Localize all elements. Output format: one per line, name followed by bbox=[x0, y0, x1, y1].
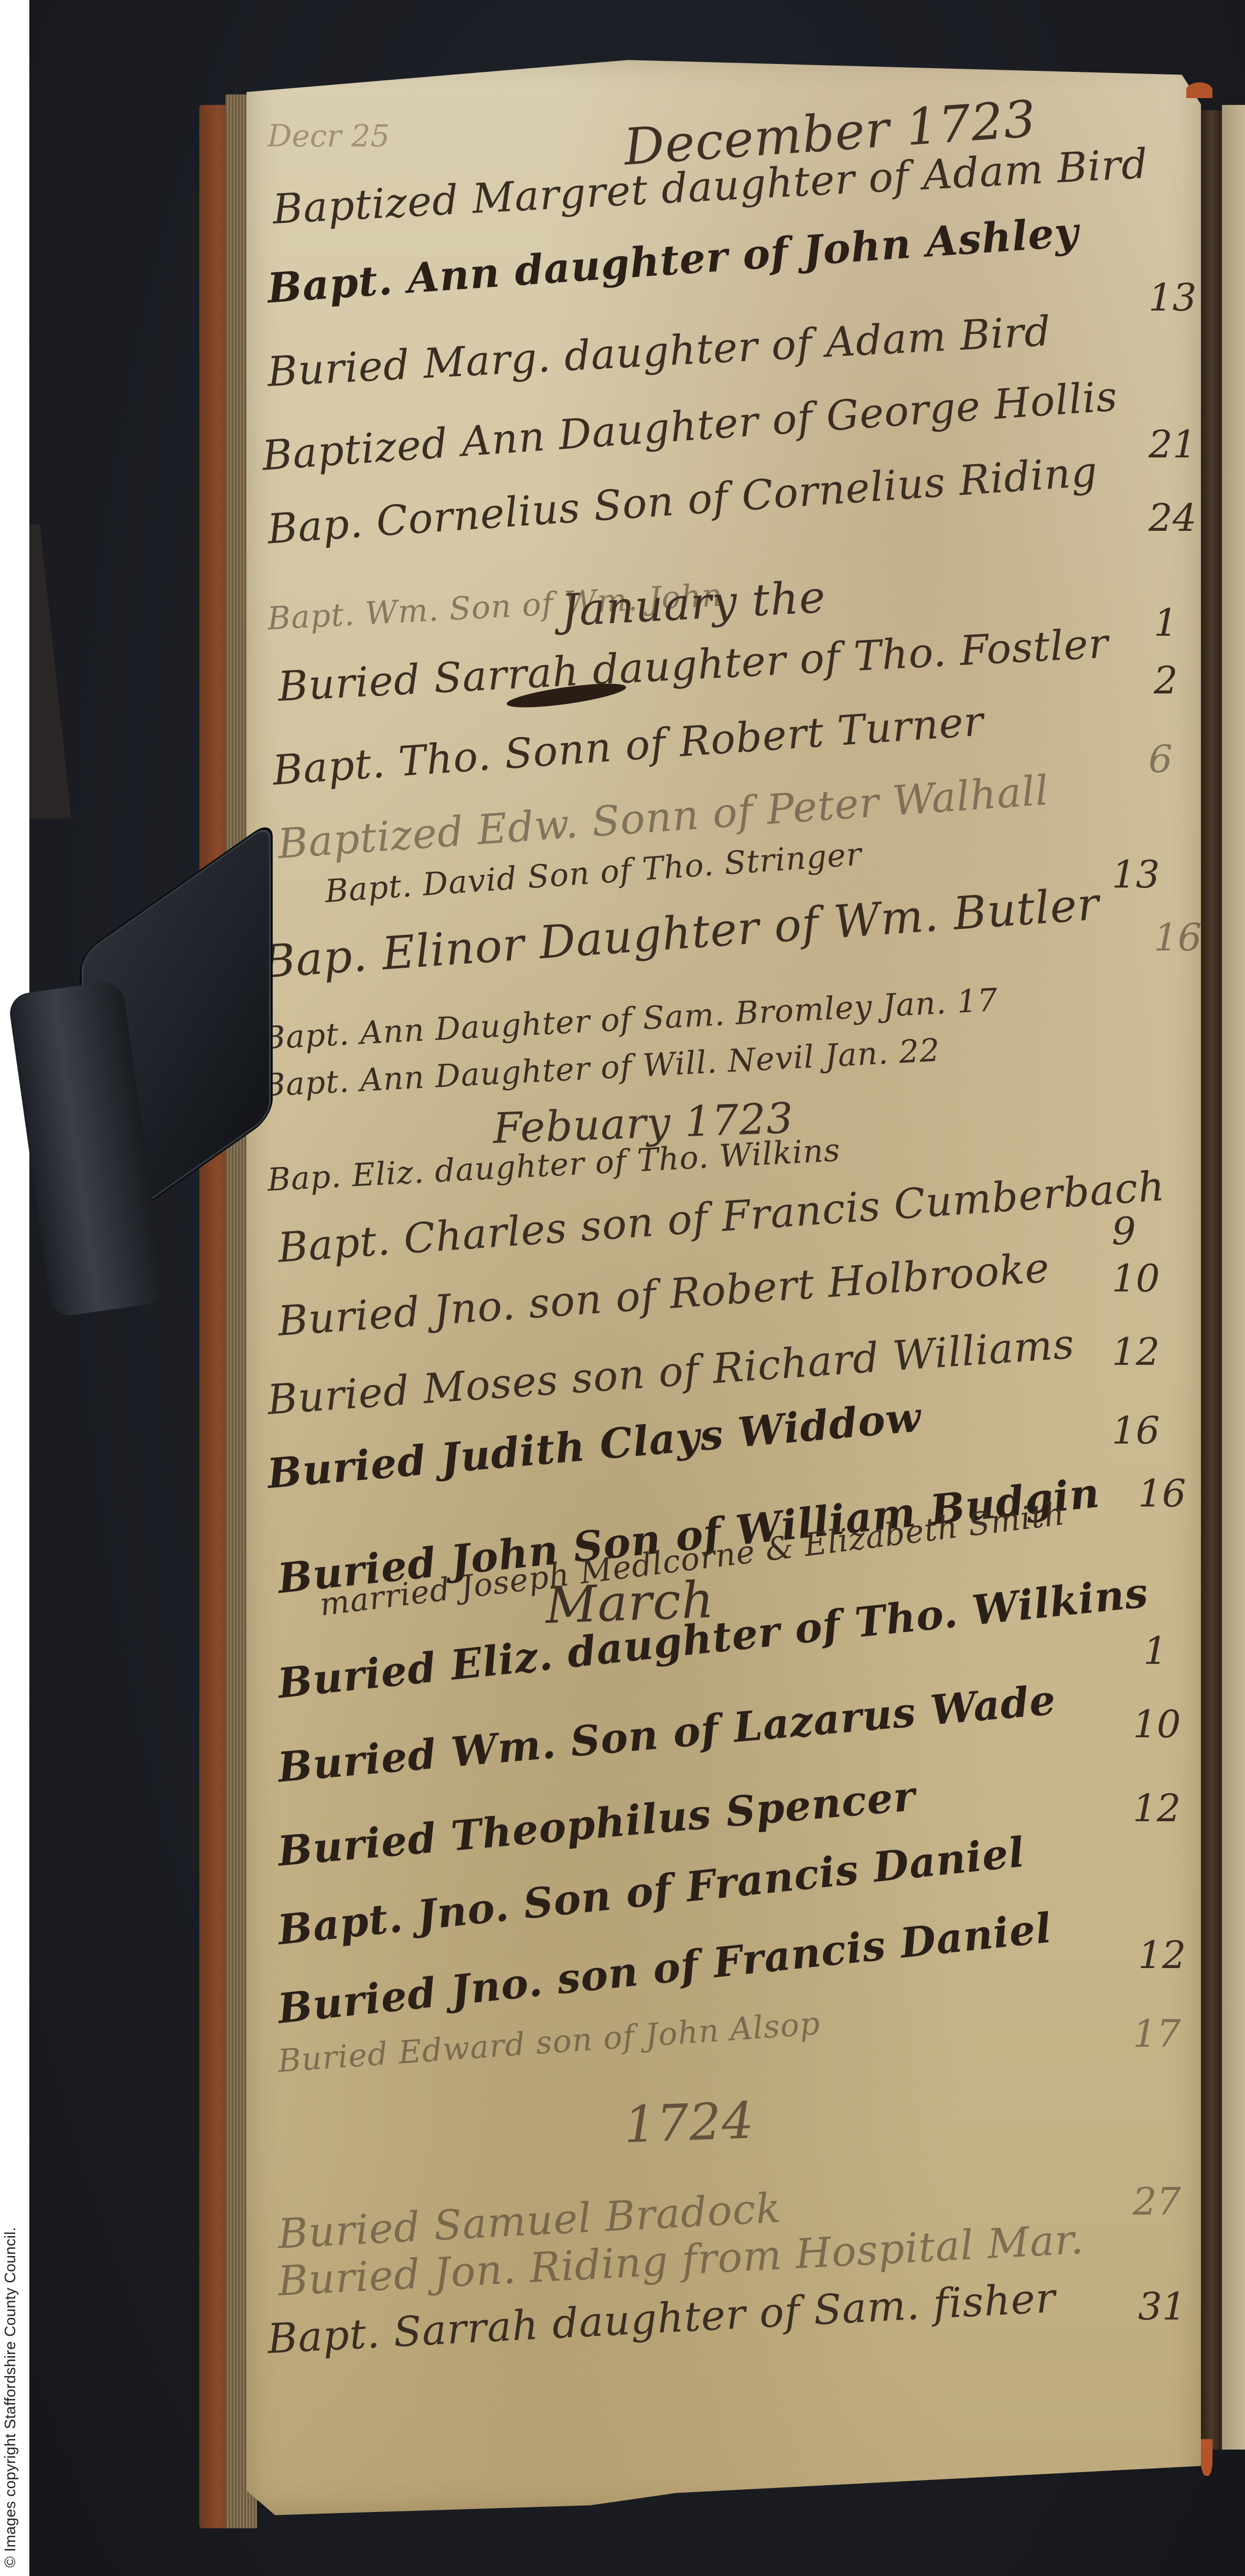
heading-1724: 1724 bbox=[623, 2091, 755, 2154]
register-entries: Decr 25 December 1723 Baptized Margret d… bbox=[246, 55, 1201, 2515]
entry-day: 12 bbox=[1112, 1330, 1160, 1374]
entry-day: 10 bbox=[1112, 1256, 1160, 1300]
entry-day: 24 bbox=[1149, 496, 1197, 540]
entry-day: 1 bbox=[1154, 601, 1178, 645]
entry-day: 6 bbox=[1149, 737, 1173, 781]
corner-note: Decr 25 bbox=[267, 118, 390, 154]
entry-day: 31 bbox=[1138, 2284, 1186, 2328]
entry-day: 16 bbox=[1112, 1408, 1160, 1452]
entry-day: 27 bbox=[1133, 2179, 1181, 2224]
entry-day: 9 bbox=[1112, 1209, 1136, 1253]
copyright-strip bbox=[0, 0, 29, 2576]
entry-day: 2 bbox=[1154, 658, 1178, 702]
entry-day: 16 bbox=[1138, 1471, 1186, 1515]
entry-day: 1 bbox=[1143, 1629, 1167, 1673]
facing-page-edge bbox=[1222, 105, 1245, 2450]
binding-tab-bottom bbox=[1201, 2439, 1212, 2476]
entry-day: 13 bbox=[1149, 275, 1197, 319]
entry-day: 17 bbox=[1133, 2012, 1181, 2056]
entry-day: 12 bbox=[1138, 1933, 1186, 1977]
entry-day: 21 bbox=[1149, 422, 1197, 466]
book-gutter bbox=[1201, 110, 1222, 2450]
entry-day: 13 bbox=[1112, 852, 1160, 896]
entry-day: 16 bbox=[1154, 915, 1202, 959]
entry-day: 12 bbox=[1133, 1786, 1181, 1830]
binder-clip bbox=[29, 897, 276, 1369]
register-entry: Buried Marg. daughter of Adam Bird bbox=[266, 308, 1053, 396]
entry-day: 10 bbox=[1133, 1702, 1181, 1746]
heading-january: January the bbox=[560, 571, 827, 636]
register-entry: Buried Sarrah daughter of Tho. Fostler bbox=[277, 620, 1110, 711]
copyright-notice: © Images copyright Staffordshire County … bbox=[2, 2227, 19, 2568]
